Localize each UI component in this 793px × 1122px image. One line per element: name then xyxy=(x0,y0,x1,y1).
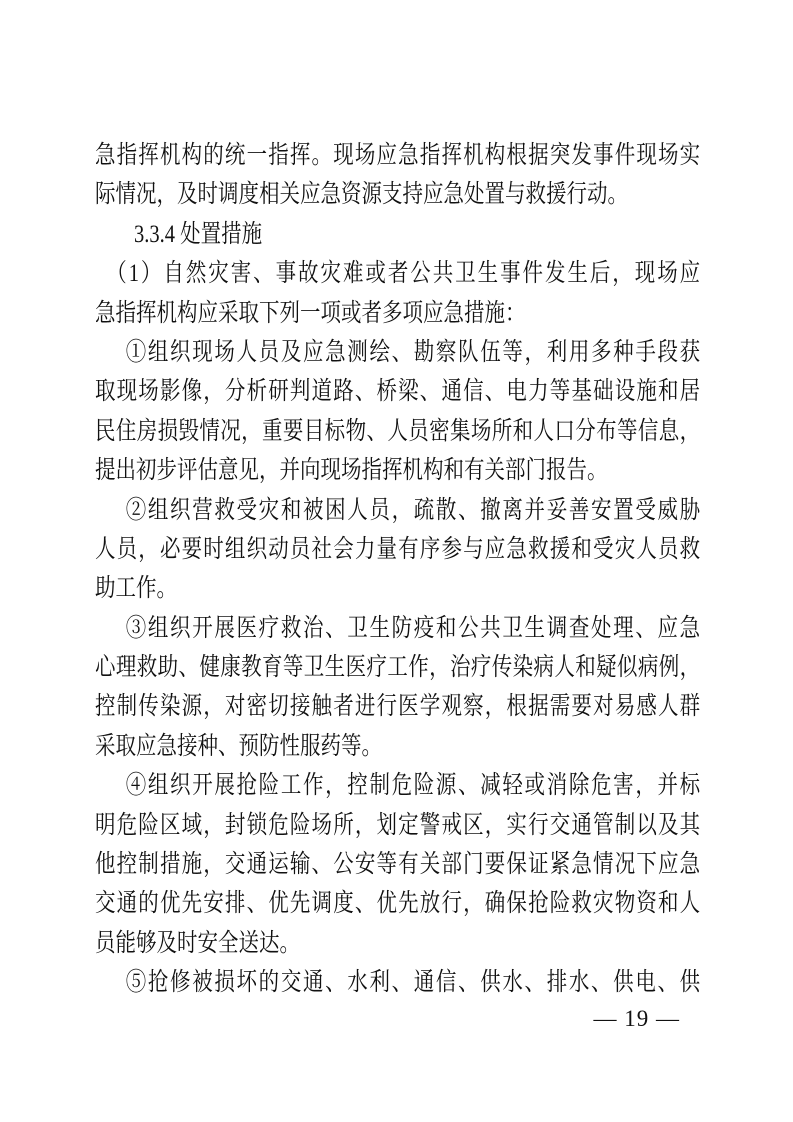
body-line: 取现场影像，分析研判道路、桥梁、通信、电力等基础设施和居 xyxy=(95,372,700,411)
section-heading: 3.3.4 处置措施 xyxy=(95,215,700,254)
body-line: （1）自然灾害、事故灾难或者公共卫生事件发生后，现场应 xyxy=(95,254,700,293)
body-line: 急指挥机构的统一指挥。现场应急指挥机构根据突发事件现场实 xyxy=(95,136,700,175)
document-page: 急指挥机构的统一指挥。现场应急指挥机构根据突发事件现场实 际情况，及时调度相关应… xyxy=(0,0,793,1122)
body-line: 人员，必要时组织动员社会力量有序参与应急救援和受灾人员救 xyxy=(95,530,700,569)
body-line: 助工作。 xyxy=(95,569,700,608)
body-line: 采取应急接种、预防性服药等。 xyxy=(95,727,700,766)
body-line: 员能够及时安全送达。 xyxy=(95,924,700,963)
body-line: ③组织开展医疗救治、卫生防疫和公共卫生调查处理、应急 xyxy=(95,609,700,648)
body-line: 控制传染源，对密切接触者进行医学观察，根据需要对易感人群 xyxy=(95,687,700,726)
body-line: 心理救助、健康教育等卫生医疗工作，治疗传染病人和疑似病例， xyxy=(95,648,700,687)
body-line: 急指挥机构应采取下列一项或者多项应急措施： xyxy=(95,294,700,333)
text-block: 急指挥机构的统一指挥。现场应急指挥机构根据突发事件现场实 际情况，及时调度相关应… xyxy=(95,136,700,1003)
body-line: 交通的优先安排、优先调度、优先放行，确保抢险救灾物资和人 xyxy=(95,884,700,923)
body-line: 提出初步评估意见，并向现场指挥机构和有关部门报告。 xyxy=(95,451,700,490)
body-line: 际情况，及时调度相关应急资源支持应急处置与救援行动。 xyxy=(95,175,700,214)
body-line: 民住房损毁情况，重要目标物、人员密集场所和人口分布等信息， xyxy=(95,412,700,451)
body-line: 他控制措施，交通运输、公安等有关部门要保证紧急情况下应急 xyxy=(95,845,700,884)
page-number: — 19 — xyxy=(594,1006,681,1032)
body-line: ④组织开展抢险工作，控制危险源、减轻或消除危害，并标 xyxy=(95,766,700,805)
body-line: 明危险区域，封锁危险场所，划定警戒区，实行交通管制以及其 xyxy=(95,806,700,845)
body-line: ⑤抢修被损坏的交通、水利、通信、供水、排水、供电、供 xyxy=(95,963,700,1002)
body-line: ②组织营救受灾和被困人员，疏散、撤离并妥善安置受威胁 xyxy=(95,491,700,530)
body-line: ①组织现场人员及应急测绘、勘察队伍等，利用多种手段获 xyxy=(95,333,700,372)
